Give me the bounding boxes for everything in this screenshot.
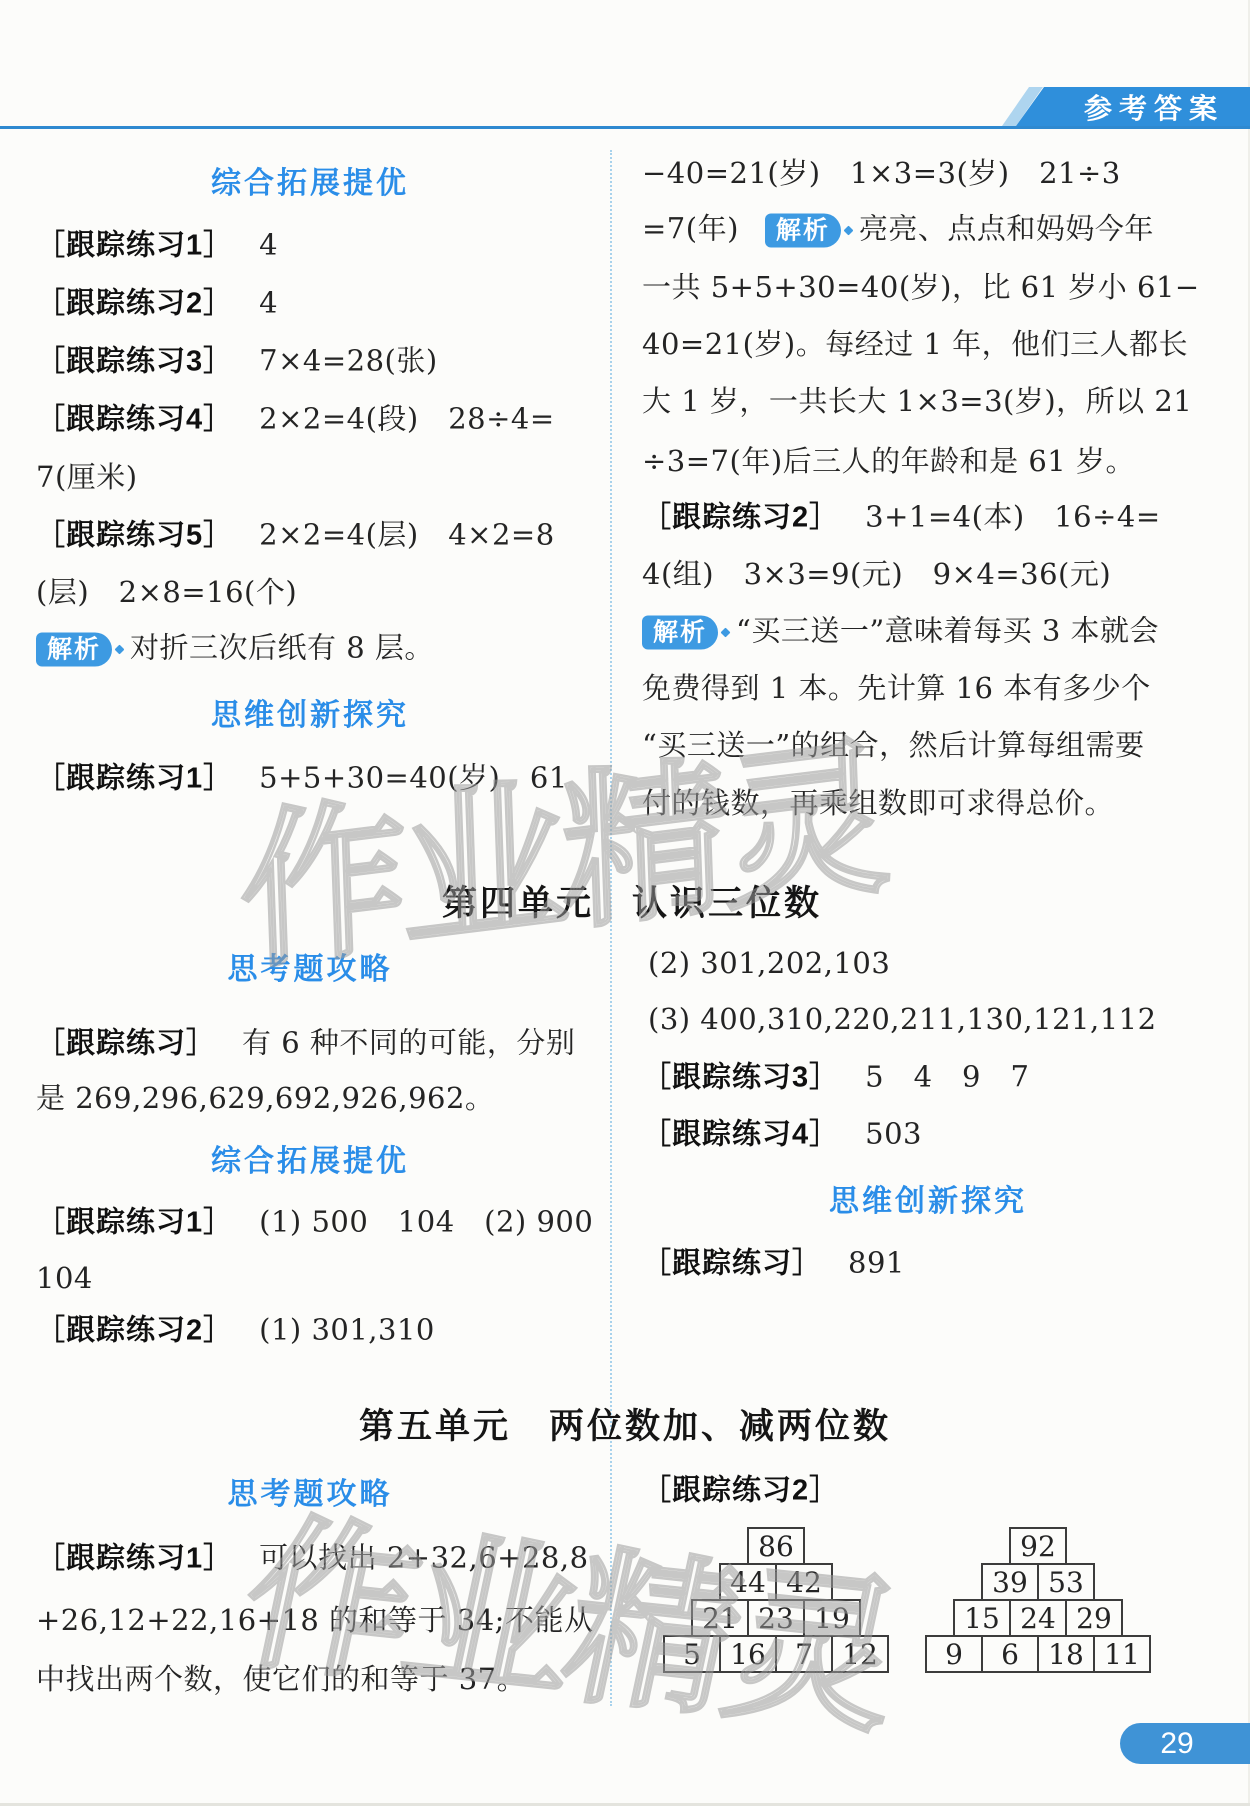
workbook-answer-page: 参考答案 作业精灵 作业精灵 综合拓展提优 ［跟踪练习1］4 ［跟踪练习2］4 … xyxy=(0,0,1250,1806)
subsection-header: 思维创新探究 xyxy=(211,690,409,734)
page-number-badge: 29 xyxy=(1120,1723,1250,1764)
answer-line: 40=21(岁)。每经过 1 年，他们三人都长 xyxy=(642,326,1188,362)
analysis-badge: 解析 xyxy=(642,616,718,650)
answer-text: 2×2=4(层) 4×2=8 xyxy=(259,517,555,551)
answer-text: 是 269,296,629,692,926,962。 xyxy=(36,1081,494,1115)
analysis-badge: 解析 xyxy=(765,214,841,248)
answer-text: 对折三次后纸有 8 层。 xyxy=(130,631,434,665)
answer-text: 104 xyxy=(36,1261,93,1295)
practice-label: ［跟踪练习4］ xyxy=(642,1118,839,1150)
subsection-header: 思考题攻略 xyxy=(228,1469,393,1513)
answer-line: “买三送一”的组合，然后计算每组需要 xyxy=(642,727,1145,763)
answer-line: ［跟踪练习4］2×2=4(段) 28÷4= xyxy=(36,400,555,437)
practice-label: ［跟踪练习3］ xyxy=(36,345,233,377)
answer-line: 付的钱数，再乘组数即可求得总价。 xyxy=(642,785,1114,821)
answer-line: ［跟踪练习1］可以找出 2+32,6+28,8 xyxy=(36,1539,589,1576)
pyramid-cell: 16 xyxy=(719,1635,777,1673)
practice-label: ［跟踪练习2］ xyxy=(642,1474,839,1506)
pyramid-cell: 23 xyxy=(747,1599,805,1637)
practice-label: ［跟踪练习3］ xyxy=(642,1061,839,1093)
answer-text: (层) 2×8=16(个) xyxy=(36,575,297,609)
answer-line: ［跟踪练习3］5 4 9 7 xyxy=(642,1058,1029,1095)
practice-label: ［跟踪练习2］ xyxy=(36,287,233,319)
pyramid-cell: 19 xyxy=(803,1599,861,1637)
answer-text: =7(年) xyxy=(642,212,739,246)
practice-label: ［跟踪练习1］ xyxy=(36,1542,233,1574)
answer-line: ÷3=7(年)后三人的年龄和是 61 岁。 xyxy=(642,443,1135,479)
pyramid-cell: 5 xyxy=(663,1635,721,1673)
answer-text: −40=21(岁) 1×3=3(岁) 21÷3 xyxy=(642,156,1121,190)
answer-text: 大 1 岁，一共长大 1×3=3(岁)，所以 21 xyxy=(642,384,1192,418)
answer-text: 5 4 9 7 xyxy=(865,1059,1029,1093)
answer-text: 503 xyxy=(865,1116,922,1150)
answer-line: 7(厘米) xyxy=(36,459,138,495)
subsection-header: 思考题攻略 xyxy=(228,944,393,988)
answer-text: 中找出两个数，使它们的和等于 37。 xyxy=(36,1662,526,1696)
answer-text: 4(组) 3×3=9(元) 9×4=36(元) xyxy=(642,557,1111,591)
answer-text: 免费得到 1 本。先计算 16 本有多少个 xyxy=(642,671,1151,705)
pyramid-cell: 53 xyxy=(1037,1563,1095,1601)
pyramid-cell: 86 xyxy=(747,1527,805,1565)
column-divider xyxy=(610,150,612,1706)
answer-text: 891 xyxy=(848,1245,905,1279)
answer-text: “买三送一”意味着每买 3 本就会 xyxy=(736,614,1159,648)
practice-label: ［跟踪练习1］ xyxy=(36,229,233,261)
answer-text: 一共 5+5+30=40(岁)，比 61 岁小 61− xyxy=(642,270,1200,304)
answer-text: “买三送一”的组合，然后计算每组需要 xyxy=(642,728,1145,762)
pyramid-cell: 18 xyxy=(1037,1635,1095,1673)
analysis-badge: 解析 xyxy=(36,633,112,667)
answer-text: 亮亮、点点和妈妈今年 xyxy=(859,212,1154,246)
answer-line: ［跟踪练习1］(1) 500 104 (2) 900 xyxy=(36,1203,593,1240)
section-header: 第五单元 两位数加、减两位数 xyxy=(359,1399,891,1449)
answer-text: 4 xyxy=(259,227,278,261)
answer-text: +26,12+22,16+18 的和等于 34;不能从 xyxy=(36,1603,593,1637)
header-rule xyxy=(0,126,1250,129)
pyramid-cell: 44 xyxy=(719,1563,777,1601)
pyramid-cell: 12 xyxy=(831,1635,889,1673)
answer-text: 付的钱数，再乘组数即可求得总价。 xyxy=(642,786,1114,820)
pyramid-cell: 24 xyxy=(1009,1599,1067,1637)
answer-text: (1) 500 104 (2) 900 xyxy=(259,1204,593,1238)
answer-line: ［跟踪练习］891 xyxy=(642,1244,905,1281)
answer-line: −40=21(岁) 1×3=3(岁) 21÷3 xyxy=(642,155,1121,191)
answer-line: 大 1 岁，一共长大 1×3=3(岁)，所以 21 xyxy=(642,383,1192,419)
answer-text: 可以找出 2+32,6+28,8 xyxy=(259,1540,588,1574)
pyramid-cell: 92 xyxy=(1009,1527,1067,1565)
answer-line: ［跟踪练习1］5+5+30=40(岁) 61 xyxy=(36,759,568,796)
practice-label: ［跟踪练习1］ xyxy=(36,1206,233,1238)
answer-line: (3) 400,310,220,211,130,121,112 xyxy=(648,1001,1157,1037)
answer-line: ［跟踪练习2］3+1=4(本) 16÷4= xyxy=(642,498,1161,535)
pyramid-cell: 29 xyxy=(1065,1599,1123,1637)
answer-line: 解析“买三送一”意味着每买 3 本就会 xyxy=(642,613,1159,650)
answer-line: (2) 301,202,103 xyxy=(648,945,890,981)
answer-line: ［跟踪练习2］(1) 301,310 xyxy=(36,1311,435,1348)
answer-text: ÷3=7(年)后三人的年龄和是 61 岁。 xyxy=(642,444,1135,478)
pyramid-cell: 7 xyxy=(775,1635,833,1673)
header-banner: 参考答案 xyxy=(972,87,1250,126)
answer-text: 3+1=4(本) 16÷4= xyxy=(865,499,1161,533)
subsection-header: 综合拓展提优 xyxy=(211,1136,409,1180)
answer-line: ［跟踪练习3］7×4=28(张) xyxy=(36,342,438,379)
answer-line: ［跟踪练习］有 6 种不同的可能，分别 xyxy=(36,1024,575,1061)
pyramid-cell: 6 xyxy=(981,1635,1039,1673)
practice-label: ［跟踪练习5］ xyxy=(36,519,233,551)
subsection-header: 思维创新探究 xyxy=(829,1176,1027,1220)
practice-label: ［跟踪练习］ xyxy=(642,1247,822,1279)
pyramid-cell: 21 xyxy=(691,1599,749,1637)
answer-line: +26,12+22,16+18 的和等于 34;不能从 xyxy=(36,1602,593,1638)
pyramid-cell: 42 xyxy=(775,1563,833,1601)
answer-text: (2) 301,202,103 xyxy=(648,946,890,980)
number-pyramid: 92 3953 152429 961811 xyxy=(921,1527,1155,1673)
answer-line: ［跟踪练习5］2×2=4(层) 4×2=8 xyxy=(36,516,555,553)
answer-line: ［跟踪练习1］4 xyxy=(36,226,278,263)
answer-line: 是 269,296,629,692,926,962。 xyxy=(36,1080,494,1116)
practice-label: ［跟踪练习］ xyxy=(36,1027,216,1059)
subsection-header: 综合拓展提优 xyxy=(211,158,409,202)
answer-line: 中找出两个数，使它们的和等于 37。 xyxy=(36,1661,526,1697)
answer-line: ［跟踪练习2］4 xyxy=(36,284,278,321)
answer-text: 5+5+30=40(岁) 61 xyxy=(259,760,568,794)
practice-label: ［跟踪练习4］ xyxy=(36,403,233,435)
answer-line: (层) 2×8=16(个) xyxy=(36,574,297,610)
page-title: 参考答案 xyxy=(1084,87,1224,127)
number-pyramid: 86 4442 212319 516712 xyxy=(659,1527,893,1673)
answer-line: =7(年)解析亮亮、点点和妈妈今年 xyxy=(642,211,1154,248)
answer-line: ［跟踪练习4］503 xyxy=(642,1115,922,1152)
answer-text: (1) 301,310 xyxy=(259,1312,435,1346)
answer-line: 一共 5+5+30=40(岁)，比 61 岁小 61− xyxy=(642,269,1200,305)
answer-line: ［跟踪练习2］ xyxy=(642,1471,865,1508)
answer-text: 40=21(岁)。每经过 1 年，他们三人都长 xyxy=(642,327,1188,361)
answer-line: 免费得到 1 本。先计算 16 本有多少个 xyxy=(642,670,1151,706)
answer-text: (3) 400,310,220,211,130,121,112 xyxy=(648,1002,1157,1036)
page-number: 29 xyxy=(1160,1727,1193,1761)
section-header: 第四单元 认识三位数 xyxy=(442,876,822,926)
answer-line: 4(组) 3×3=9(元) 9×4=36(元) xyxy=(642,556,1111,592)
pyramid-cell: 39 xyxy=(981,1563,1039,1601)
practice-label: ［跟踪练习2］ xyxy=(36,1314,233,1346)
pyramid-cell: 15 xyxy=(953,1599,1011,1637)
answer-text: 4 xyxy=(259,285,278,319)
practice-label: ［跟踪练习2］ xyxy=(642,501,839,533)
answer-text: 有 6 种不同的可能，分别 xyxy=(242,1025,575,1059)
answer-text: 7(厘米) xyxy=(36,460,138,494)
answer-text: 2×2=4(段) 28÷4= xyxy=(259,401,555,435)
answer-line: 解析对折三次后纸有 8 层。 xyxy=(36,630,434,667)
pyramid-cell: 9 xyxy=(925,1635,983,1673)
answer-text: 7×4=28(张) xyxy=(259,343,438,377)
practice-label: ［跟踪练习1］ xyxy=(36,762,233,794)
answer-line: 104 xyxy=(36,1260,93,1296)
pyramid-cell: 11 xyxy=(1093,1635,1151,1673)
